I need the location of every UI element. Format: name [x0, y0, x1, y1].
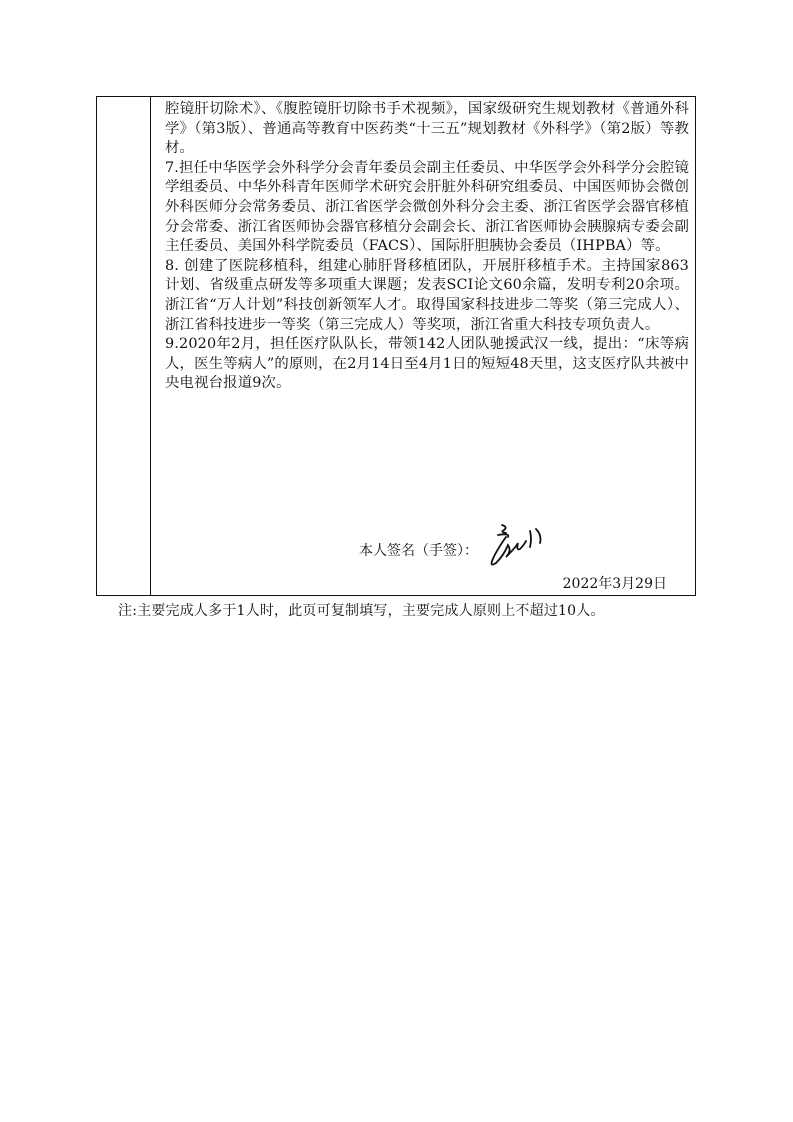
- signature-label: 本人签名（手签）：: [359, 540, 478, 560]
- paragraph-item-9: 9.2020年2月，担任医疗队队长，带领142人团队驰援武汉一线，提出：“床等病…: [165, 335, 689, 394]
- content-cell: 腔镜肝切除术》、《腹腔镜肝切除书手术视频》，国家级研究生规划教材《普通外科学》（…: [151, 97, 695, 595]
- paragraph-item-8: 8. 创建了医院移植科，组建心肺肝肾移植团队，开展肝移植手术。主持国家863 计…: [165, 257, 689, 335]
- label-column: [97, 97, 151, 595]
- form-table: 腔镜肝切除术》、《腹腔镜肝切除书手术视频》，国家级研究生规划教材《普通外科学》（…: [96, 96, 696, 596]
- footnote: 注:主要完成人多于1人时，此页可复制填写，主要完成人原则上不超过10人。: [118, 600, 605, 620]
- paragraph-textbooks: 腔镜肝切除术》、《腹腔镜肝切除书手术视频》，国家级研究生规划教材《普通外科学》（…: [165, 100, 689, 159]
- paragraph-item-7: 7.担任中华医学会外科学分会青年委员会副主任委员、中华医学会外科学分会腔镜学组委…: [165, 159, 689, 257]
- sign-date: 2022年3月29日: [563, 573, 667, 593]
- signature-row: 本人签名（手签）：: [359, 531, 550, 569]
- handwritten-signature-icon: [486, 521, 550, 569]
